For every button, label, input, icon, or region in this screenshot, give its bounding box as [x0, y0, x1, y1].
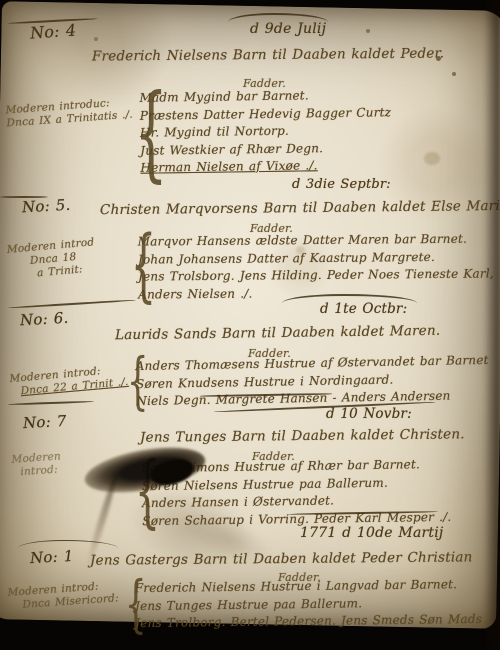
entry-title: Jens Tunges Barn til Daaben kaldet Chris…: [140, 426, 465, 445]
page-edge-shadow: [484, 0, 500, 650]
entry-number: No: 6.: [20, 309, 69, 330]
godparent-line: Jens Trolsborg. Jens Hilding. Peder Noes…: [138, 265, 494, 286]
godparent-line: Herman Nielsen af Vixøe ./.: [140, 156, 392, 177]
godparent-list: Marqvor Hansens ældste Datter Maren bar …: [138, 230, 494, 303]
manuscript-photo: No: 4 d 9de Julij Frederich Nielsens Bar…: [0, 0, 500, 650]
paper-stain: [424, 152, 440, 165]
entry-number: No: 4: [29, 20, 77, 42]
entry-title: Jens Gastergs Barn til Daaben kaldet Ped…: [90, 549, 473, 568]
entry-number: No: 5.: [22, 196, 71, 217]
entry-date: d 3die Septbr:: [292, 177, 391, 192]
paper-stain: [452, 72, 456, 76]
godparent-list: Anders Thomæsens Hustrue af Østervandet …: [136, 352, 490, 411]
godparent-list: Madm Mygind bar Barnet. Præstens Datter …: [139, 86, 392, 177]
entry-date: d 1te Octbr:: [320, 301, 407, 317]
margin-note: Moderen introd:: [11, 450, 62, 479]
entry-number: No: 7: [23, 412, 67, 432]
margin-note: Moderen introd Dnca 18 a Trinit:: [6, 236, 97, 282]
entry-number: No: 1: [30, 547, 74, 567]
godparent-line: Jens Trolborg. Bertel Pedersen. Jens Sme…: [135, 611, 482, 633]
paper-stain: [366, 29, 370, 33]
entry-date: d 10 Novbr:: [326, 406, 412, 422]
godparent-line: Præstens Datter Hedevig Bagger Curtz: [140, 104, 392, 125]
entry-date: 1771 d 10de Martij: [300, 525, 443, 541]
entry-title: Frederich Nielsens Barn til Daaben kalde…: [92, 45, 444, 64]
entry-date: d 9de Julij: [250, 21, 326, 37]
godparent-list: Frederich Nielsens Hustrue i Langvad bar…: [135, 576, 482, 633]
paper-stain: [94, 37, 98, 41]
godparent-line: Marqvor Hansens ældste Datter Maren bar …: [138, 230, 494, 251]
